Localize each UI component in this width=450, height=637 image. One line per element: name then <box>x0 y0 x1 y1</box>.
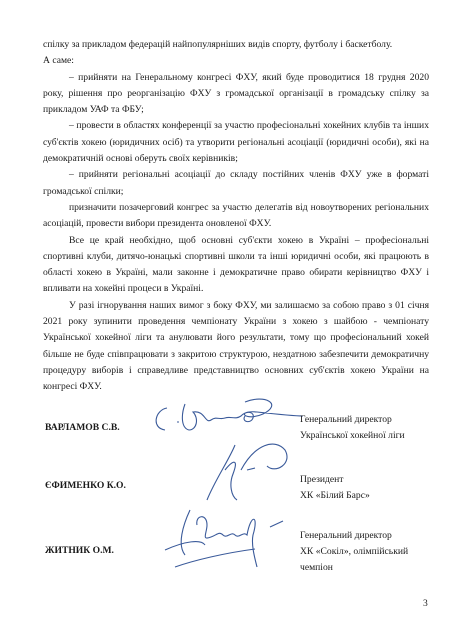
signatory-name: ЄФИМЕНКО К.О. <box>45 480 126 491</box>
paragraph: А саме: <box>43 53 429 69</box>
paragraph: – прийняти регіональні асоціації до скла… <box>43 167 429 200</box>
signature-varlamov-icon <box>145 390 305 445</box>
signatory-title: Генеральний директор Української хокейно… <box>300 412 405 444</box>
signatory-title: Генеральний директор ХК «Сокіл», олімпій… <box>300 528 408 576</box>
signatory-name: ЖИТНИК О.М. <box>45 545 114 556</box>
paragraph: спілку за прикладом федерацій найпопуляр… <box>43 37 429 53</box>
paragraph: – провести в областях конференції за уча… <box>43 118 429 167</box>
page-number: 3 <box>423 598 428 609</box>
signatory-title: Президент ХК «Білий Барс» <box>300 472 370 504</box>
signature-yefymenko-icon <box>195 440 295 510</box>
signatory-name: ВАРЛАМОВ С.В. <box>45 422 120 433</box>
signature-zhytnik-icon <box>155 505 295 575</box>
paragraph: У разі ігнорування наших вимог з боку ФХ… <box>43 298 429 396</box>
paragraph: призначити позачерговий конгрес за участ… <box>43 200 429 233</box>
paragraph: – прийняти на Генеральному конгресі ФХУ,… <box>43 70 429 119</box>
document-body: спілку за прикладом федерацій найпопуляр… <box>43 37 429 396</box>
paragraph: Все це край необхідно, щоб основні суб'є… <box>43 233 429 298</box>
document-page: спілку за прикладом федерацій найпопуляр… <box>0 0 450 637</box>
